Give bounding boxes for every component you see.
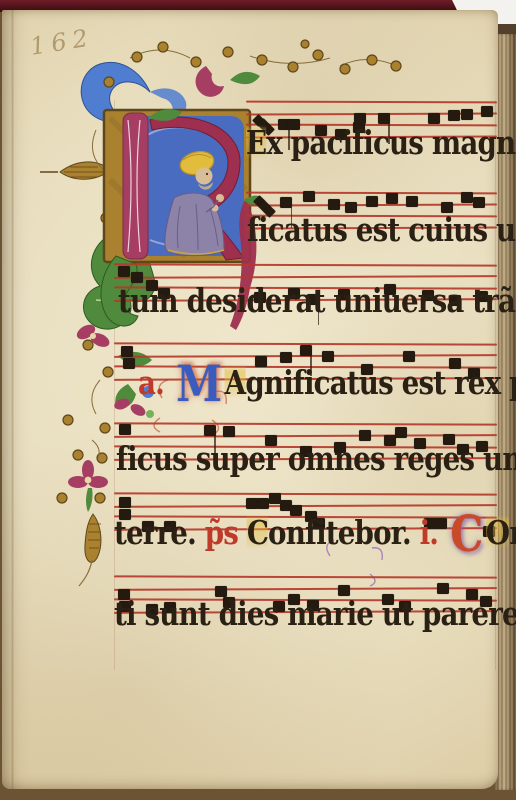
washed-capital: E — [246, 123, 266, 162]
text-segment: terre. — [114, 513, 196, 552]
text-segment: ficatus est cuius uul — [247, 210, 516, 249]
text-segment: gnificatus est rex paci — [245, 363, 516, 402]
text-segment: onfitebor. — [268, 513, 411, 552]
text-segment: ti sunt dies marie ut pareret filiuʒ — [114, 594, 516, 633]
chant-text-line: Ex pacificus magni — [246, 121, 516, 165]
rubric: p̃s — [196, 513, 247, 552]
chant-text-line: tum desiderat uniuersa trã. ṗ Dix dõ. — [118, 279, 516, 323]
chant-text: Ex pacificus magnificatus est cuius uult… — [0, 0, 516, 800]
washed-capital: C — [247, 513, 268, 552]
text-segment: ficus super omnes reges uniuerse — [116, 439, 516, 478]
chant-text-line: terre. p̃s Confitebor. i. COmple — [114, 511, 516, 556]
manuscript-photo: 162 — [0, 0, 516, 800]
pen-initial-red: C — [447, 505, 486, 563]
text-segment — [164, 363, 173, 402]
text-segment: mple — [509, 513, 516, 552]
washed-capital: A — [225, 363, 246, 402]
text-segment: tum desiderat uniuersa trã. — [118, 281, 516, 320]
chant-text-line: ti sunt dies marie ut pareret filiuʒ — [114, 592, 516, 636]
chant-text-line: ficus super omnes reges uniuerse — [116, 437, 516, 481]
pen-initial-blue: M — [173, 355, 225, 413]
washed-capital: O — [486, 513, 509, 552]
chant-text-line: a. MAgnificatus est rex paci — [138, 361, 516, 406]
rubric: a. — [138, 363, 164, 402]
rubric: i. — [411, 513, 447, 552]
text-segment: x pacificus magni — [266, 123, 516, 162]
chant-text-line: ficatus est cuius uul — [247, 208, 516, 252]
